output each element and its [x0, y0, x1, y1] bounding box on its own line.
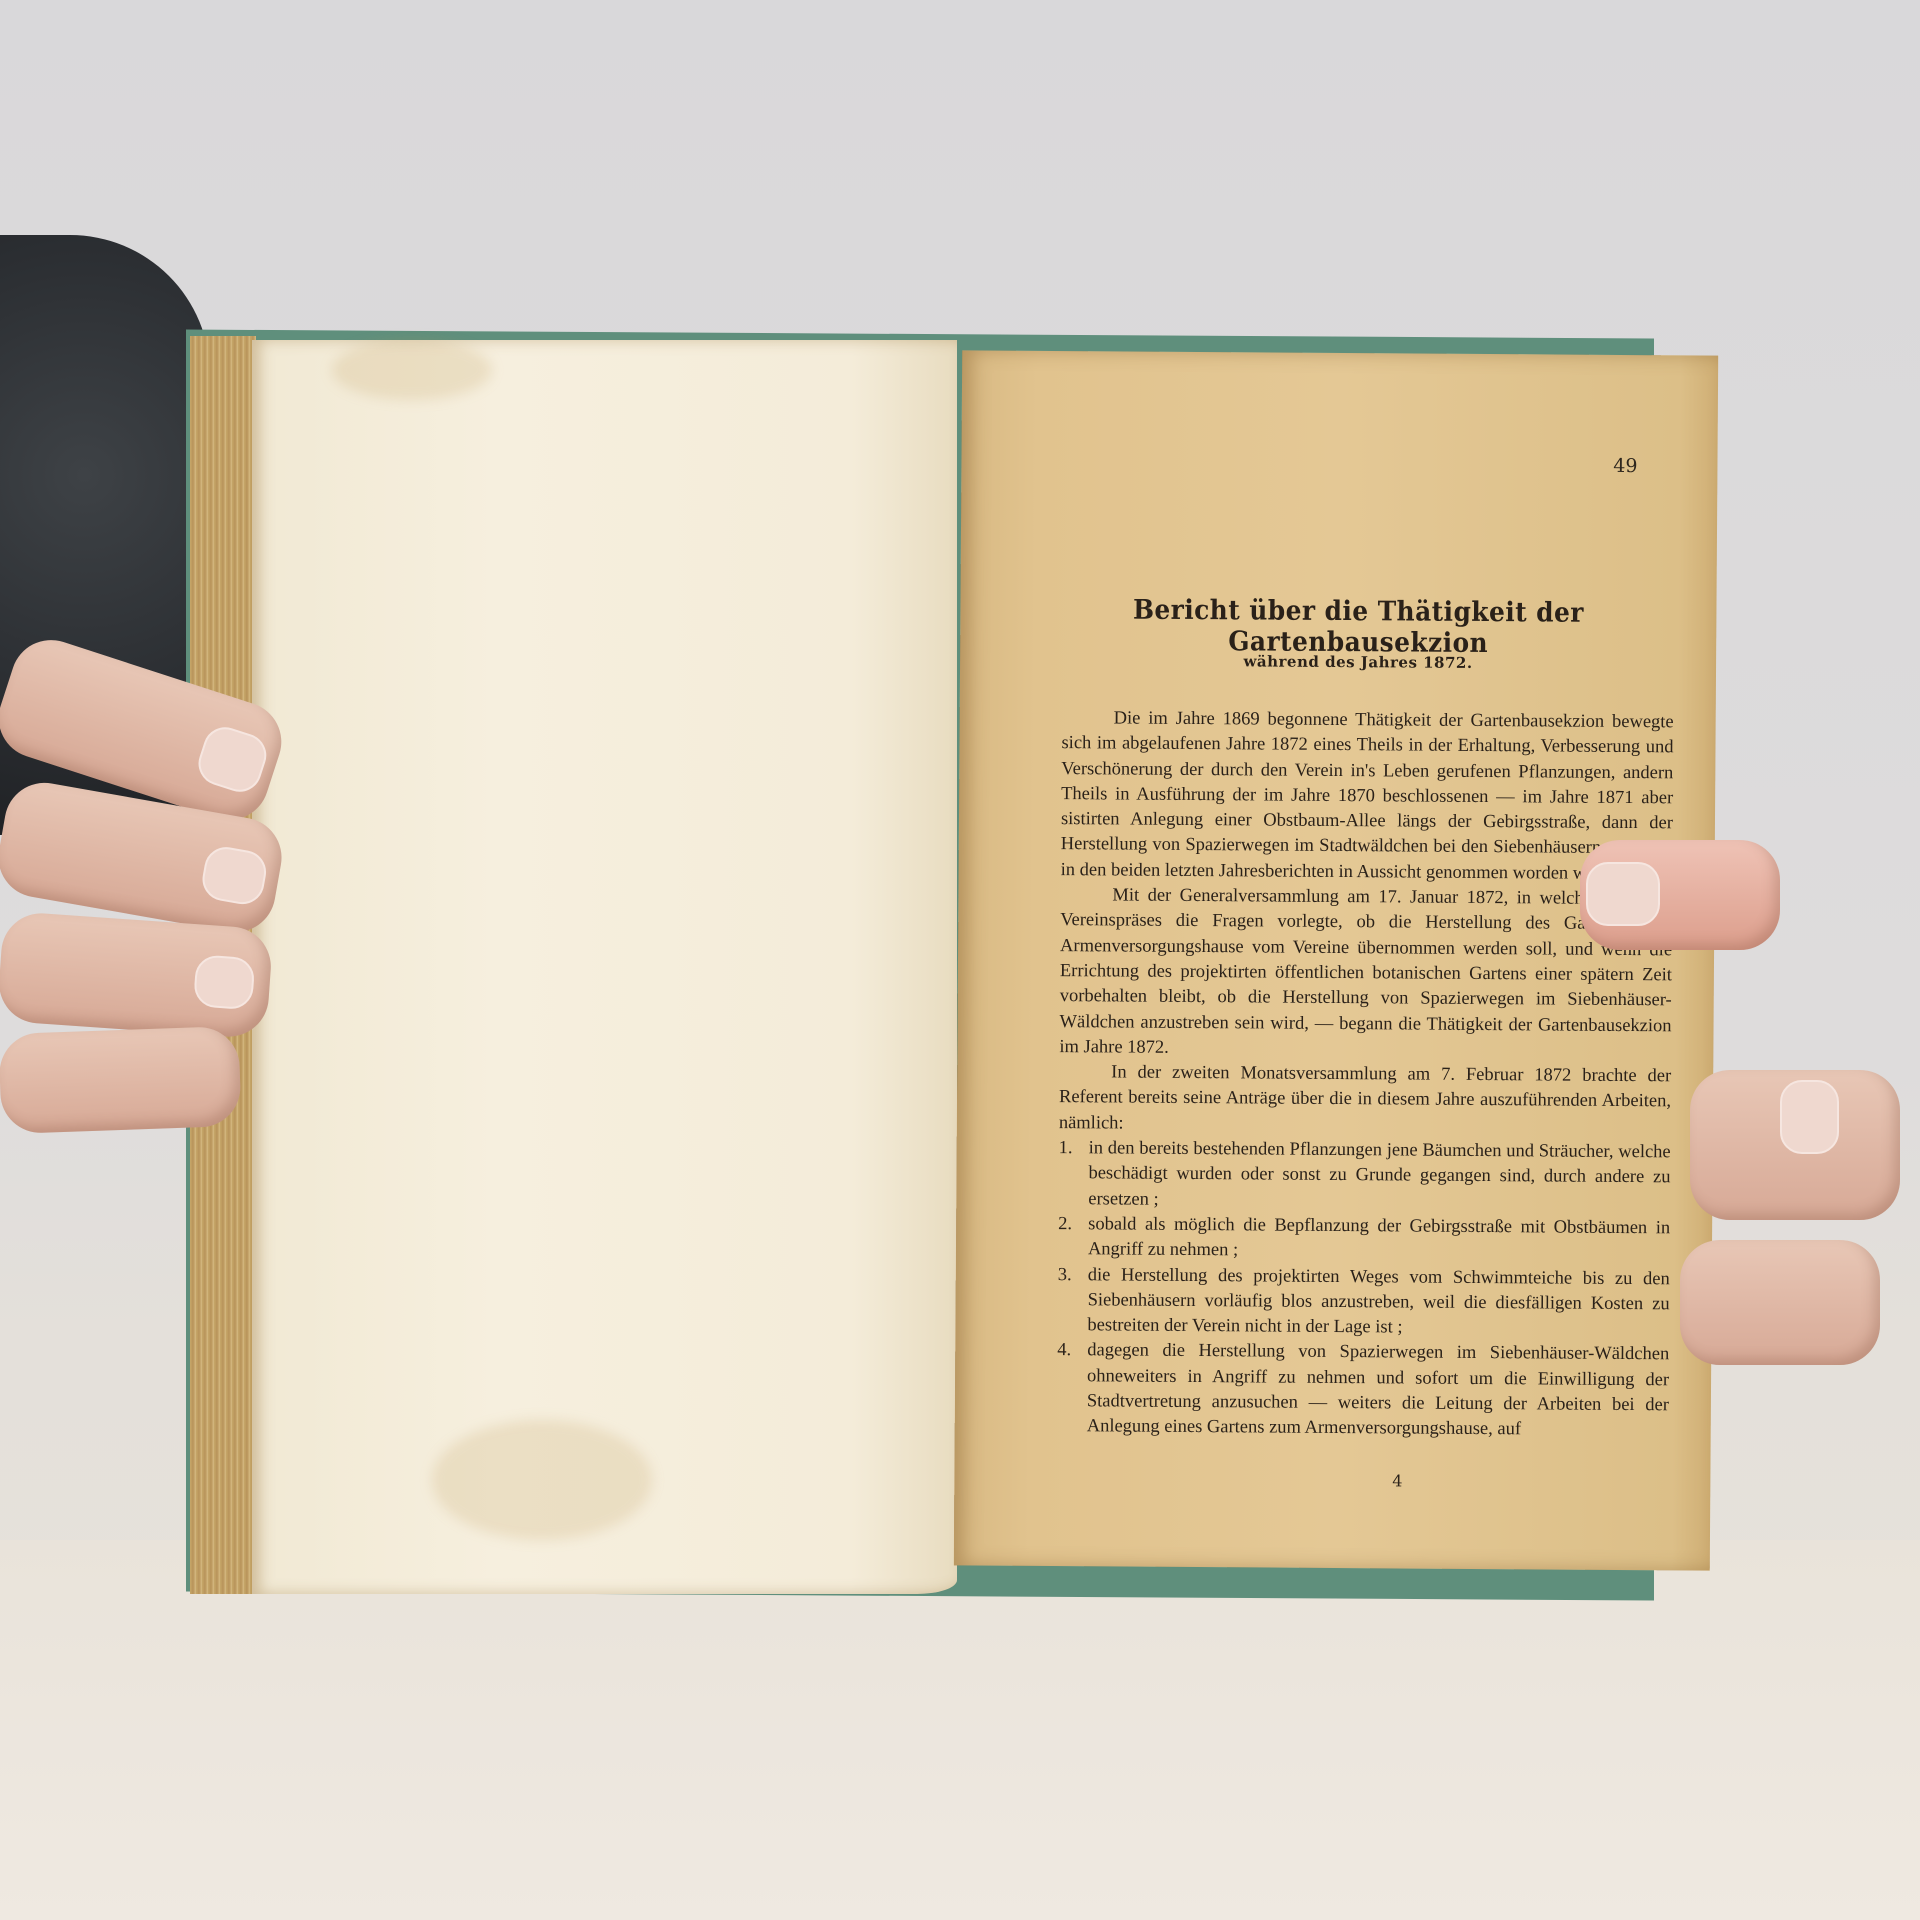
fingernail	[199, 844, 269, 908]
list-item: 2. sobald als möglich die Bepflanzung de…	[1058, 1212, 1670, 1267]
finger	[1690, 1070, 1900, 1220]
list-number: 2.	[1058, 1212, 1072, 1237]
foxing-stain	[332, 340, 492, 400]
fingernail	[193, 722, 272, 798]
numbered-list: 1. in den bereits bestehenden Pflanzunge…	[1057, 1136, 1671, 1444]
fingernail	[193, 954, 255, 1010]
signature-mark: 4	[1036, 1469, 1668, 1492]
foxing-stain	[432, 1420, 652, 1540]
finger	[1680, 1240, 1880, 1365]
fingernail	[1780, 1080, 1839, 1154]
left-hand	[0, 670, 300, 1210]
chapter-heading: Bericht über die Thätigkeit der Gartenba…	[1067, 594, 1649, 660]
thumb	[1580, 840, 1780, 950]
left-blank-page	[252, 340, 957, 1594]
finger	[0, 1026, 242, 1134]
right-hand	[1580, 820, 1920, 1380]
list-item: 3. die Herstellung des projektirten Wege…	[1057, 1263, 1670, 1343]
list-item: 1. in den bereits bestehenden Pflanzunge…	[1058, 1136, 1671, 1216]
finger	[0, 911, 274, 1040]
list-number: 1.	[1059, 1136, 1073, 1161]
list-number: 4.	[1057, 1338, 1071, 1363]
list-number: 3.	[1058, 1263, 1072, 1288]
chapter-subheading: während des Jahres 1872.	[1042, 651, 1674, 673]
list-item: 4. dagegen die Herstellung von Spazierwe…	[1057, 1338, 1670, 1443]
thumbnail	[1586, 862, 1660, 926]
page-number: 49	[1613, 455, 1637, 477]
